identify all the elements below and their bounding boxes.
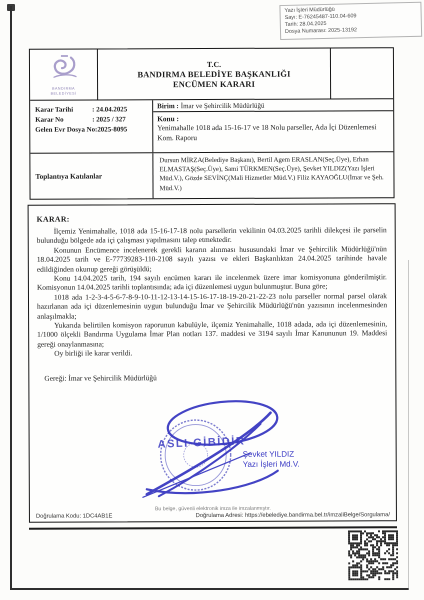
- document-title: T.C. BANDIRMA BELEDİYE BAŞKANLIĞI ENCÜME…: [98, 48, 331, 99]
- municipality-logo: BANDIRMA BELEDİYESİ: [30, 49, 98, 99]
- decision-heading: KARAR:: [37, 215, 70, 224]
- letterhead-box: Yazı İşleri Müdürlüğü Sayı: E-76245487-1…: [279, 2, 422, 40]
- title-municipality: BANDIRMA BELEDİYE BAŞKANLIĞI: [98, 69, 330, 79]
- stamp-area: ASLI GİBİDİR Şevket YILDIZ Yazı İşleri M…: [100, 393, 316, 514]
- document-page: Yazı İşleri Müdürlüğü Sayı: E-76245487-1…: [0, 0, 424, 600]
- decision-paragraph: Oy birliği ile karar verildi.: [37, 348, 387, 359]
- meta-right-column: Birim :İmar ve Şehircilik Müdürlüğü Konu…: [153, 99, 393, 152]
- attendees-row: Toplantıya Katılanlar Dursun MİRZA(Beled…: [30, 152, 393, 199]
- decision-paragraph: Konunun Encümence incelenerek gerekli ka…: [37, 244, 387, 274]
- konu-text: Yenimahalle 1018 ada 15-16-17 ve 18 Nolu…: [157, 123, 389, 143]
- double-rule: [29, 526, 397, 530]
- empty-header-cell: [331, 48, 393, 98]
- geregi-line: Gereği: İmar ve Şehircilik Müdürlüğü: [44, 372, 387, 382]
- logo-caption: BANDIRMA BELEDİYESİ: [51, 87, 77, 96]
- title-doc-type: ENCÜMEN KARARI: [98, 79, 330, 89]
- title-tc: T.C.: [98, 59, 330, 69]
- attendees-label: Toplantıya Katılanlar: [30, 153, 153, 199]
- header-table: BANDIRMA BELEDİYESİ T.C. BANDIRMA BELEDİ…: [29, 47, 395, 200]
- signer-title: Yazı İşleri Md.V.: [243, 459, 300, 469]
- verification-address: Doğrulama Adresi: https://ebelediye.band…: [196, 512, 390, 519]
- gelen-evrak-dosya-no: Gelen Evr Dosya No:2025-8095: [35, 125, 149, 135]
- decision-paragraph: İlçemiz Yenimahalle, 1018 ada 15-16-17-1…: [37, 225, 387, 245]
- title-row: BANDIRMA BELEDİYESİ T.C. BANDIRMA BELEDİ…: [30, 48, 393, 101]
- meta-row: Karar Tarihi: 24.04.2025 Karar No: 2025 …: [30, 99, 393, 154]
- document-content: Yazı İşleri Müdürlüğü Sayı: E-76245487-1…: [0, 0, 424, 600]
- decision-paragraph: Yukarıda belirtilen komisyon raporunun k…: [37, 319, 387, 349]
- decision-paragraph: 1018 ada 1-2-3-4-5-6-7-8-9-10-11-12-13-1…: [37, 291, 387, 321]
- qr-code: [348, 530, 398, 580]
- karar-tarihi: Karar Tarihi: 24.04.2025: [35, 105, 149, 115]
- bird-logo-icon: [46, 55, 80, 86]
- signer-block: Şevket YILDIZ Yazı İşleri Md.V.: [243, 450, 300, 469]
- attendees-names: Dursun MİRZA(Belediye Başkanı), Bertil A…: [153, 152, 393, 198]
- verification-code: Doğrulama Kodu: 1DC4AB1E: [36, 513, 112, 519]
- birim-cell: Birim :İmar ve Şehircilik Müdürlüğü: [153, 99, 393, 112]
- decision-meta: Karar Tarihi: 24.04.2025 Karar No: 2025 …: [30, 100, 153, 153]
- signer-name: Şevket YILDIZ: [243, 450, 300, 460]
- karar-no: Karar No: 2025 / 327: [35, 115, 149, 125]
- decision-paragraph: Konu 14.04.2025 tarih, 194 sayılı encüme…: [37, 272, 387, 292]
- konu-cell: Konu : Yenimahalle 1018 ada 15-16-17 ve …: [153, 111, 393, 152]
